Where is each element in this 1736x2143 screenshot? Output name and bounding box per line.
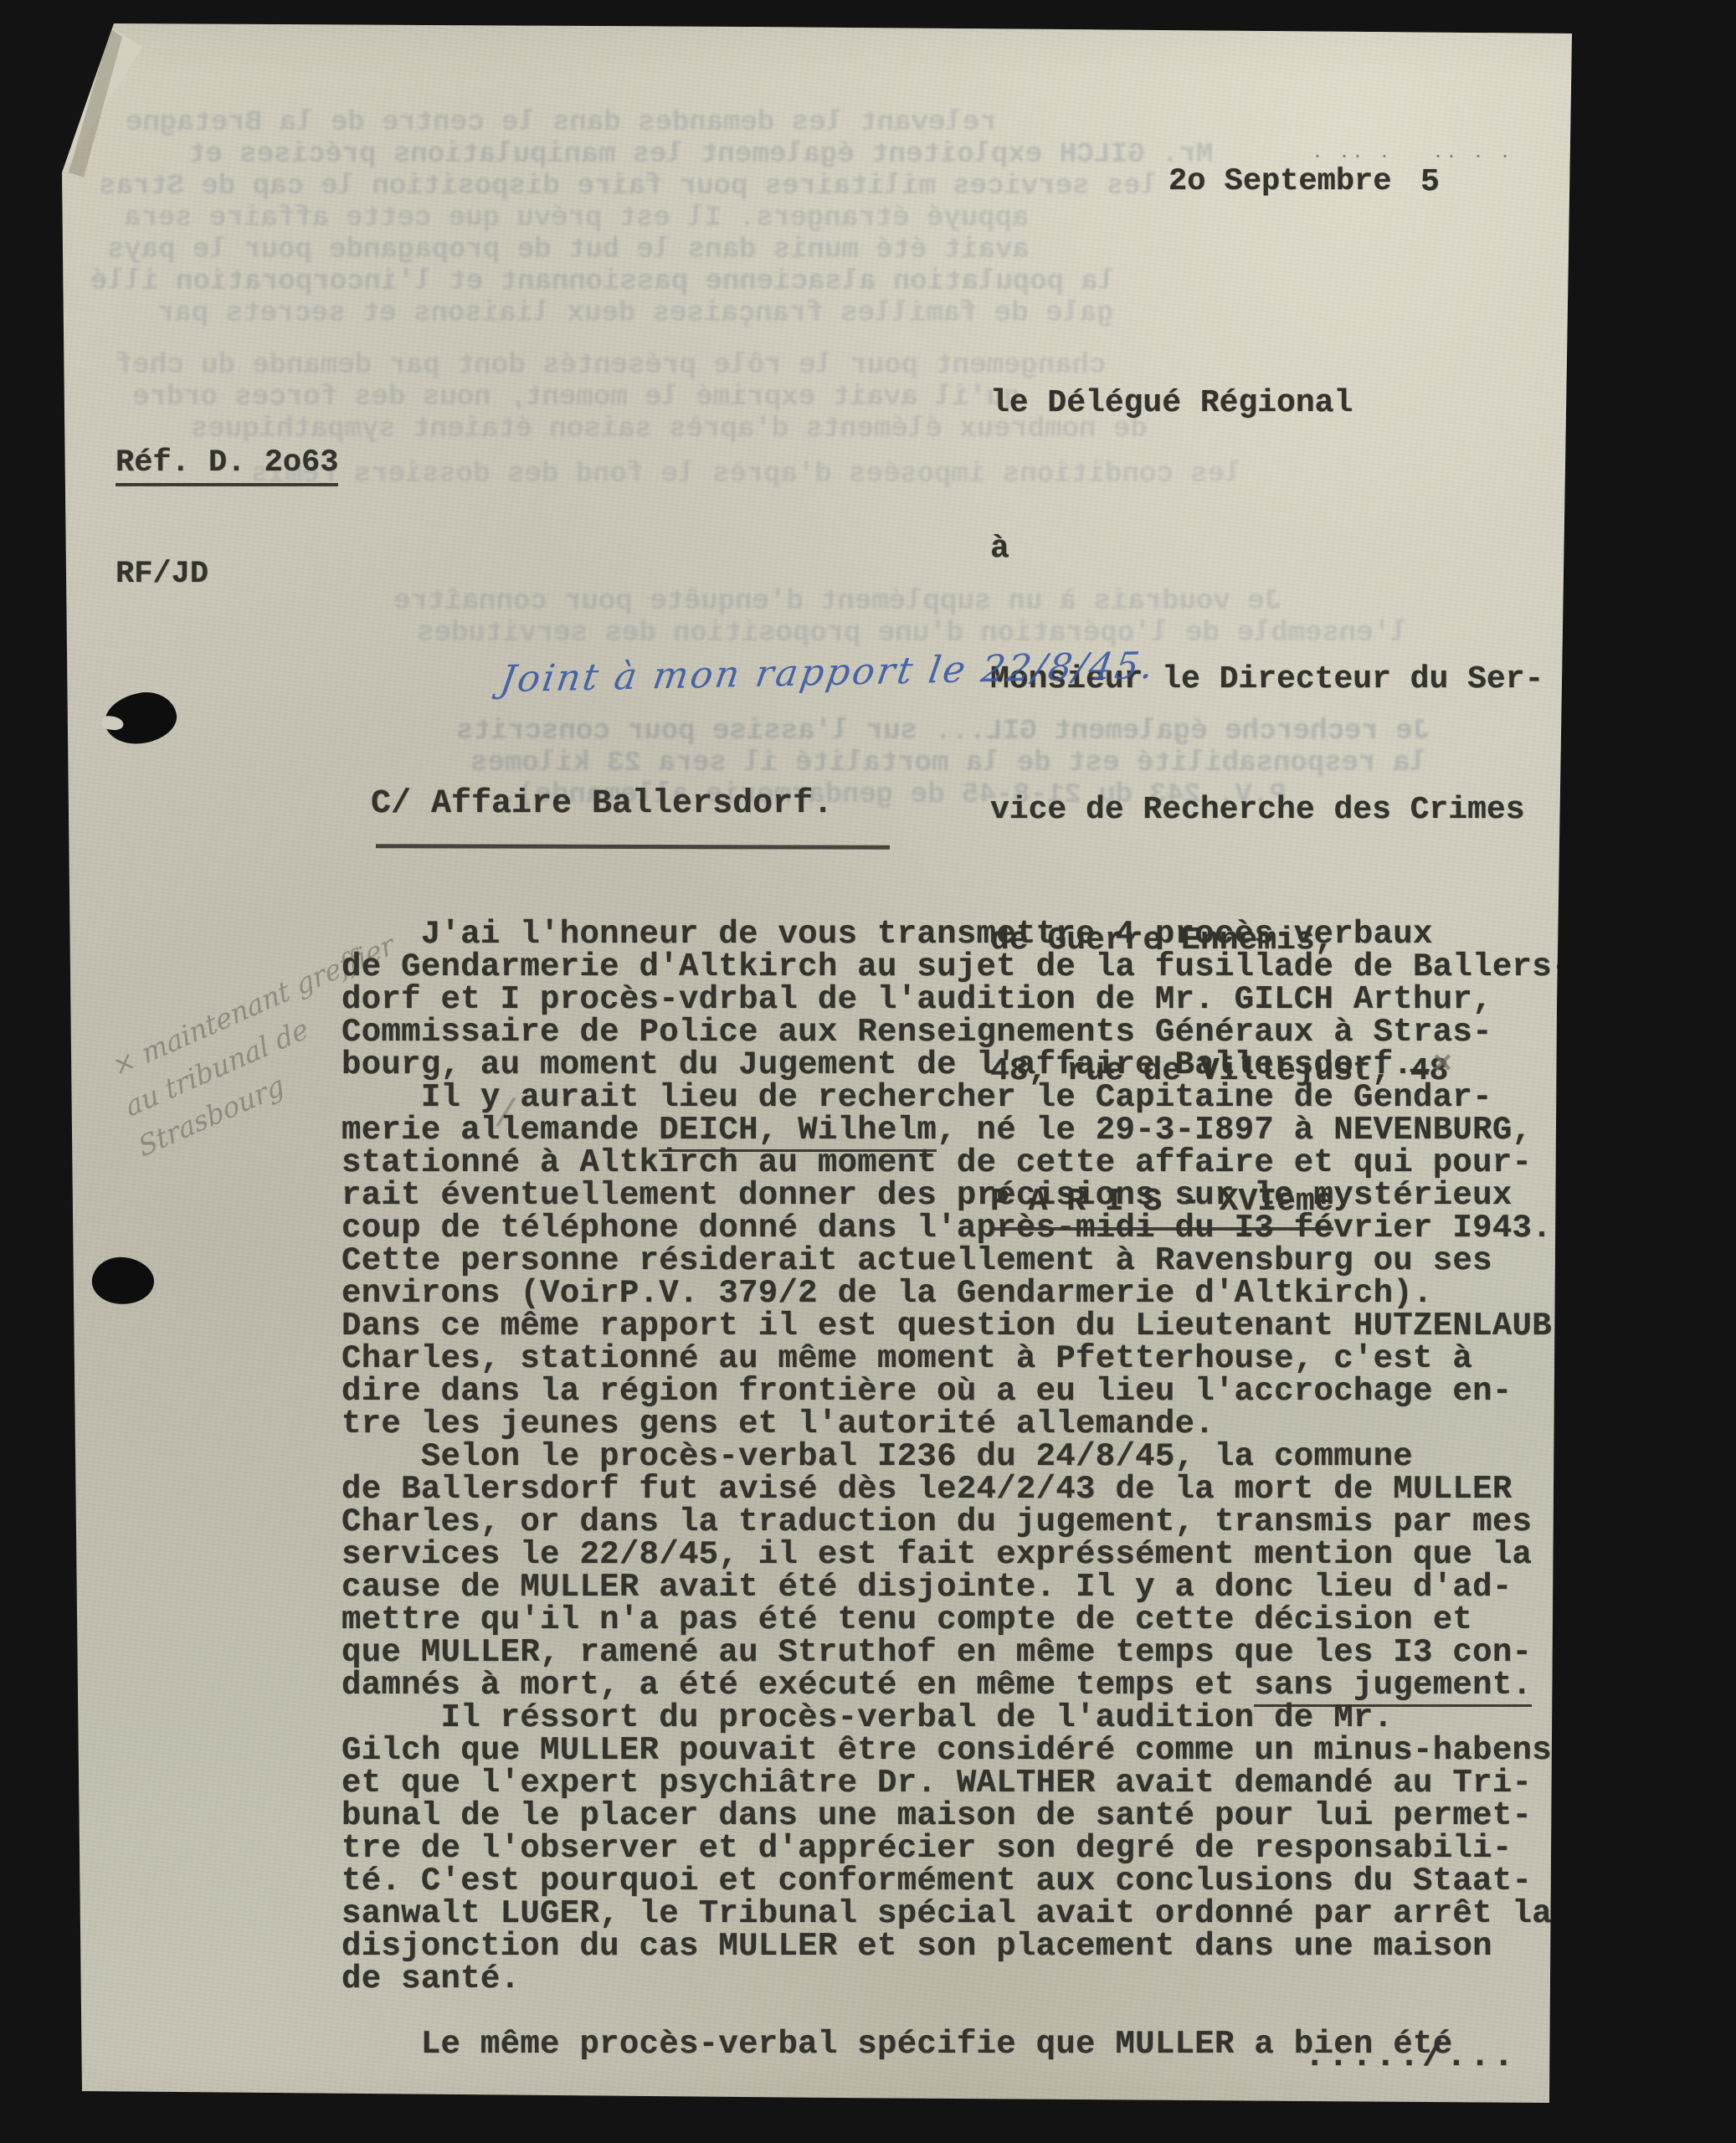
- typed-text: et que l'expert psychiâtre Dr. WALTHER a…: [342, 1765, 1532, 1801]
- body-line: Charles, stationné au même moment à Pfet…: [342, 1343, 1572, 1375]
- body-line: dire dans la région frontière où a eu li…: [342, 1375, 1572, 1408]
- recipient-line-2: vice de Recherche des Crimes: [990, 789, 1543, 832]
- body-line: té. C'est pourquoi et conformément aux c…: [342, 1865, 1572, 1898]
- body-line: tre de l'observer et d'apprécier son deg…: [342, 1832, 1572, 1865]
- body-line: Dans ce même rapport il est question du …: [342, 1310, 1572, 1343]
- reference-block: Réf. D. 2o63 RF/JD: [116, 375, 338, 662]
- letter-body: J'ai l'honneur de vous transmettre 4 pro…: [342, 918, 1572, 2061]
- typed-text: J'ai l'honneur de vous transmettre 4 pro…: [342, 916, 1433, 953]
- reference-number: Réf. D. 2o63: [116, 445, 338, 486]
- body-line: Charles, or dans la traduction du jugeme…: [342, 1506, 1572, 1539]
- typed-text: de Gendarmerie d'Altkirch au sujet de la…: [342, 948, 1572, 985]
- typed-text: que MULLER, ramené au Struthof en même t…: [342, 1634, 1532, 1671]
- body-line: Il y aurait lieu de rechercher le Capita…: [342, 1082, 1572, 1114]
- typed-text: cause de MULLER avait été disjointe. Il …: [342, 1569, 1513, 1606]
- punch-hole-top: [100, 687, 180, 749]
- typed-text: Charles, or dans la traduction du jugeme…: [342, 1503, 1532, 1540]
- body-line: Il réssort du procès-verbal de l'auditio…: [342, 1702, 1572, 1734]
- bleedthrough-line: relevant les demandes dans le centre de …: [126, 107, 997, 139]
- body-line: Commissaire de Police aux Renseignements…: [342, 1016, 1572, 1049]
- typed-text: Il réssort du procès-verbal de l'auditio…: [342, 1699, 1393, 1736]
- typed-text: coup de téléphone donné dans l'après-mid…: [342, 1210, 1552, 1246]
- typed-text: rait éventuellement donner des précision…: [342, 1177, 1513, 1214]
- body-line: disjonction du cas MULLER et son placeme…: [342, 1930, 1572, 1963]
- pencil-cross-mark: ×: [1413, 1046, 1452, 1083]
- body-line: bunal de le placer dans une maison de sa…: [342, 1800, 1572, 1832]
- body-line: sanwalt LUGER, le Tribunal spécial avait…: [342, 1898, 1572, 1930]
- typed-text: Cette personne résiderait actuellement à…: [342, 1242, 1492, 1279]
- typed-text: tre de l'observer et d'apprécier son deg…: [342, 1830, 1513, 1867]
- typed-text: merie allemande: [342, 1112, 659, 1149]
- date-line: 2o Septembre: [1168, 164, 1391, 199]
- body-line: et que l'expert psychiâtre Dr. WALTHER a…: [342, 1767, 1572, 1800]
- bleedthrough-line: la population alsacienne passionnant et …: [90, 266, 1115, 298]
- body-line: [342, 1996, 1572, 2028]
- typed-text: Commissaire de Police aux Renseignements…: [342, 1014, 1492, 1051]
- typed-text: environs (VoirP.V. 379/2 de la Gendarmer…: [342, 1275, 1433, 1312]
- body-line: Gilch que MULLER pouvait être considéré …: [342, 1734, 1572, 1767]
- subject-underline: [376, 844, 890, 850]
- typed-text: services le 22/8/45, il est fait expréss…: [342, 1536, 1532, 1573]
- scan-background: relevant les demandes dans le centre de …: [0, 0, 1736, 2143]
- body-line: de santé.: [342, 1963, 1572, 1996]
- body-line: cause de MULLER avait été disjointe. Il …: [342, 1571, 1572, 1604]
- page-number: 5: [1420, 164, 1440, 200]
- body-line: rait éventuellement donner des précision…: [342, 1179, 1572, 1212]
- typed-text: dire dans la région frontière où a eu li…: [342, 1373, 1513, 1410]
- body-line: merie allemande DEICH, Wilhelm, né le 29…: [342, 1114, 1572, 1147]
- subject-line: C/ Affaire Ballersdorf.: [371, 785, 833, 823]
- typed-text: bunal de le placer dans une maison de sa…: [342, 1797, 1532, 1834]
- typed-text: té. C'est pourquoi et conformément aux c…: [342, 1863, 1532, 1899]
- bleedthrough-line: les services militaires pour faire dispo…: [99, 171, 1158, 203]
- typed-text: tre les jeunes gens et l'autorité allema…: [342, 1406, 1215, 1442]
- reference-initials: RF/JD: [116, 557, 338, 592]
- body-line: que MULLER, ramené au Struthof en même t…: [342, 1637, 1572, 1669]
- body-line: dorf et I procès-vdrbal de l'audition de…: [342, 984, 1572, 1016]
- typed-text: Dans ce même rapport il est question du …: [342, 1308, 1552, 1344]
- body-line: stationné à Altkirch au moment de cette …: [342, 1147, 1572, 1179]
- typed-text: dorf et I procès-vdrbal de l'audition de…: [342, 981, 1492, 1018]
- typed-text: de santé.: [342, 1961, 520, 1997]
- body-line: mettre qu'il n'a pas été tenu compte de …: [342, 1604, 1572, 1637]
- typed-text: disjonction du cas MULLER et son placeme…: [342, 1928, 1492, 1965]
- body-line: J'ai l'honneur de vous transmettre 4 pro…: [342, 918, 1572, 951]
- bleedthrough-line: avait été munis dans le but de propagand…: [107, 234, 1030, 266]
- typed-text: Il y aurait lieu de rechercher le Capita…: [342, 1079, 1492, 1116]
- punch-hole-torn-edge: [101, 715, 125, 731]
- bleedthrough-line: gale de familles françaises deux liaison…: [157, 298, 1114, 330]
- continuation-mark: ...../...: [1304, 2036, 1517, 2076]
- body-line: Selon le procès-verbal I236 du 24/8/45, …: [342, 1441, 1572, 1473]
- body-line: de Gendarmerie d'Altkirch au sujet de la…: [342, 951, 1572, 984]
- typed-text: Selon le procès-verbal I236 du 24/8/45, …: [342, 1438, 1413, 1475]
- body-line: damnés à mort, a été exécuté en même tem…: [342, 1669, 1572, 1702]
- body-line: de Ballersdorf fut avisé dès le24/2/43 d…: [342, 1473, 1572, 1506]
- sender-title: le Délégué Régional: [990, 382, 1543, 425]
- letter-page: relevant les demandes dans le centre de …: [0, 0, 1736, 2143]
- typed-text: sanwalt LUGER, le Tribunal spécial avait…: [342, 1895, 1552, 1932]
- body-line: tre les jeunes gens et l'autorité allema…: [342, 1408, 1572, 1441]
- body-line: coup de téléphone donné dans l'après-mid…: [342, 1212, 1572, 1245]
- bleedthrough-line: Mr. GILCH exploitent également les manip…: [188, 139, 1213, 171]
- typed-text: stationné à Altkirch au moment de cette …: [342, 1144, 1532, 1181]
- body-line: bourg, au moment du Jugement de l'affair…: [342, 1049, 1572, 1082]
- body-line: environs (VoirP.V. 379/2 de la Gendarmer…: [342, 1277, 1572, 1310]
- typed-text: mettre qu'il n'a pas été tenu compte de …: [342, 1601, 1472, 1638]
- punch-hole-bottom: [90, 1254, 156, 1307]
- typed-text: Charles, stationné au même moment à Pfet…: [342, 1340, 1472, 1377]
- typed-text: bourg, au moment du Jugement de l'affair…: [342, 1046, 1413, 1083]
- typed-text: de Ballersdorf fut avisé dès le24/2/43 d…: [342, 1471, 1513, 1508]
- typed-text: damnés à mort, a été exécuté en même tem…: [342, 1667, 1254, 1704]
- body-line: Cette personne résiderait actuellement à…: [342, 1245, 1572, 1277]
- bleedthrough-line: appuyé étrangers. Il est prévu que cette…: [124, 203, 1029, 234]
- body-line: services le 22/8/45, il est fait expréss…: [342, 1539, 1572, 1571]
- typed-text: Gilch que MULLER pouvait être considéré …: [342, 1732, 1552, 1769]
- typed-text: Le même procès-verbal spécifie que MULLE…: [342, 2026, 1452, 2063]
- recipient-salutation: à: [990, 527, 1543, 571]
- typed-text: , né le 29-3-I897 à NEVENBURG,: [937, 1112, 1532, 1149]
- ink-specks: · ·· · ·· · ·: [1312, 147, 1513, 167]
